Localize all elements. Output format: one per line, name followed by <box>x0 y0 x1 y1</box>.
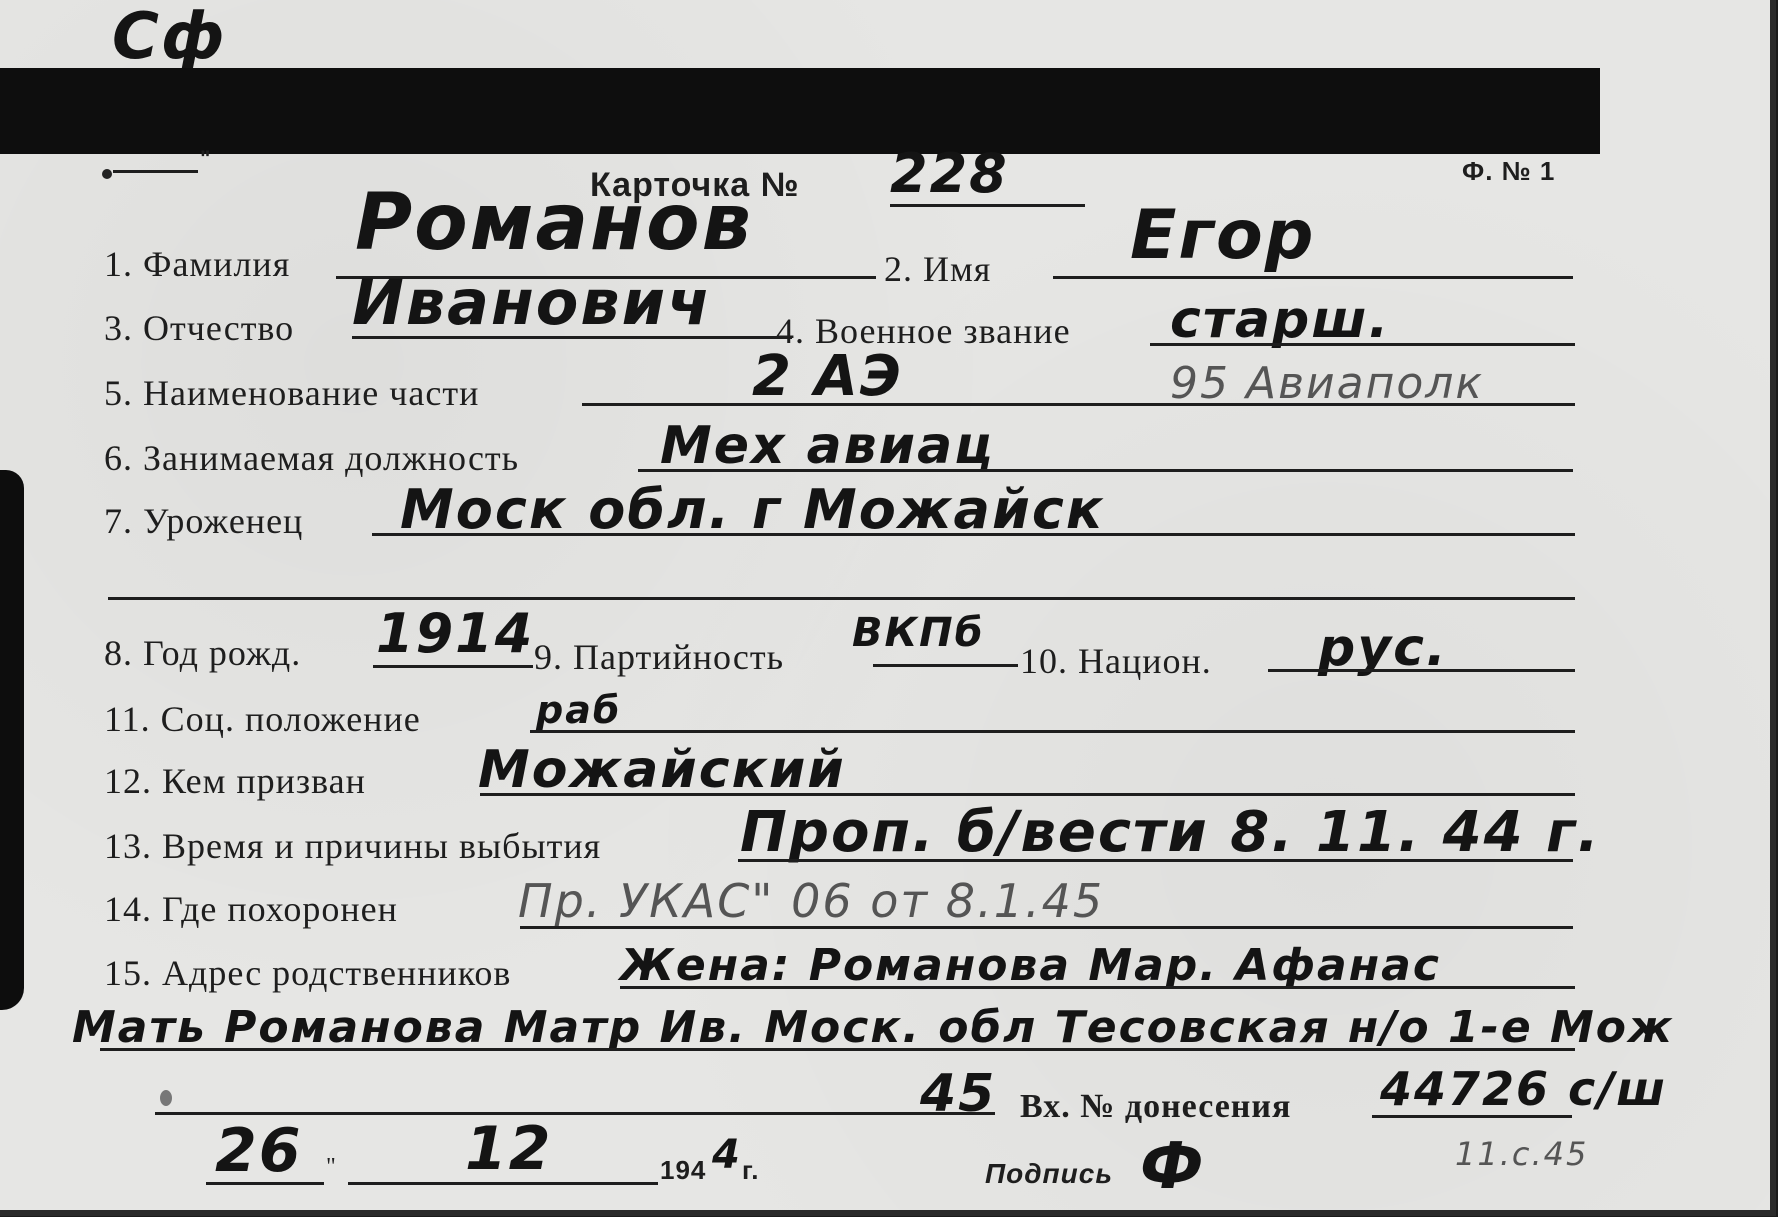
date-year-unit: г. <box>742 1155 759 1186</box>
report-label: Вх. № донесения <box>1020 1088 1291 1126</box>
unit-value: 2 АЭ <box>752 344 903 409</box>
date-year-suffix: 4 <box>712 1132 742 1178</box>
report-prefix: 45 <box>920 1064 996 1124</box>
torn-edge <box>0 470 24 1010</box>
patronymic-line <box>352 336 792 339</box>
relatives-value-1: Жена: Романова Мар. Афанас <box>620 940 1441 991</box>
position-label: 6. Занимаемая должность <box>104 437 519 479</box>
drafted-by-line <box>480 793 1575 796</box>
date-day-line <box>206 1182 324 1185</box>
date-year-prefix: 194 <box>660 1155 706 1186</box>
birthplace-value: Моск обл. г Можайск <box>400 478 1104 541</box>
birth-year-label: 8. Год рожд. <box>104 632 301 674</box>
unit-annotation: 95 Авиаполк <box>1170 358 1484 409</box>
relatives-line-2 <box>100 1048 1575 1051</box>
footer-line <box>155 1112 995 1115</box>
surname-value: Романов <box>355 178 753 268</box>
report-date-note: 11.с.45 <box>1455 1135 1588 1173</box>
birth-year-value: 1914 <box>376 602 534 665</box>
header-dash <box>113 170 198 173</box>
party-value: ВКПб <box>852 610 985 656</box>
footer-mark <box>160 1090 172 1106</box>
departure-line <box>738 859 1573 862</box>
date-month: 12 <box>465 1114 553 1184</box>
relatives-line <box>620 986 1575 989</box>
birth-year-line <box>373 665 533 668</box>
position-value: Мех авиац <box>660 416 995 476</box>
signature-mark: Ф <box>1140 1130 1205 1204</box>
nationality-line <box>1268 669 1575 672</box>
departure-label: 13. Время и причины выбытия <box>104 825 601 867</box>
card-number-line <box>890 204 1085 207</box>
nationality-label: 10. Национ. <box>1020 640 1212 682</box>
patronymic-label: 3. Отчество <box>104 307 294 349</box>
relatives-value-2: Мать Романова Матр Ив. Моск. обл Тесовск… <box>72 1002 1674 1053</box>
burial-label: 14. Где похоронен <box>104 888 398 930</box>
departure-value: Проп. б/вести 8. 11. 44 г. <box>740 800 1601 865</box>
unit-line <box>582 403 1575 406</box>
position-line <box>638 469 1573 472</box>
burial-line <box>520 926 1573 929</box>
corner-note: Сф <box>112 0 226 74</box>
drafted-by-label: 12. Кем призван <box>104 760 366 802</box>
header-quote: " <box>200 146 211 172</box>
social-status-line <box>530 730 1575 733</box>
social-status-label: 11. Соц. положение <box>104 698 421 740</box>
name-label: 2. Имя <box>884 248 991 290</box>
signature-label: Подпись <box>985 1158 1113 1190</box>
personnel-card: Сф " Карточка № 228 Ф. № 1 1. Фамилия Ро… <box>0 0 1776 1216</box>
patronymic-value: Иванович <box>352 266 712 339</box>
header-dot <box>102 169 112 179</box>
date-month-line <box>348 1182 658 1185</box>
surname-label: 1. Фамилия <box>104 243 290 285</box>
name-line <box>1053 276 1573 279</box>
relatives-label: 15. Адрес родственников <box>104 952 511 994</box>
date-day: 26 <box>215 1116 303 1186</box>
card-number: 228 <box>890 142 1009 205</box>
report-line <box>1372 1115 1572 1118</box>
party-label: 9. Партийность <box>534 636 784 678</box>
birthplace-label: 7. Уроженец <box>104 500 303 542</box>
social-status-value: раб <box>536 688 621 732</box>
form-code: Ф. № 1 <box>1462 156 1555 187</box>
birthplace-line-2 <box>108 597 1575 600</box>
redaction-bar <box>0 68 1600 154</box>
drafted-by-value: Можайский <box>478 740 846 800</box>
party-line <box>873 664 1018 667</box>
rank-line <box>1150 343 1575 346</box>
birthplace-line <box>372 533 1575 536</box>
rank-value: старш. <box>1170 290 1390 350</box>
unit-label: 5. Наименование части <box>104 372 479 414</box>
report-value: 44726 с/ш <box>1380 1062 1667 1116</box>
date-day-quote: " <box>326 1154 337 1181</box>
burial-value: Пр. УКАС" 06 от 8.1.45 <box>518 874 1104 928</box>
name-value: Егор <box>1130 196 1315 275</box>
